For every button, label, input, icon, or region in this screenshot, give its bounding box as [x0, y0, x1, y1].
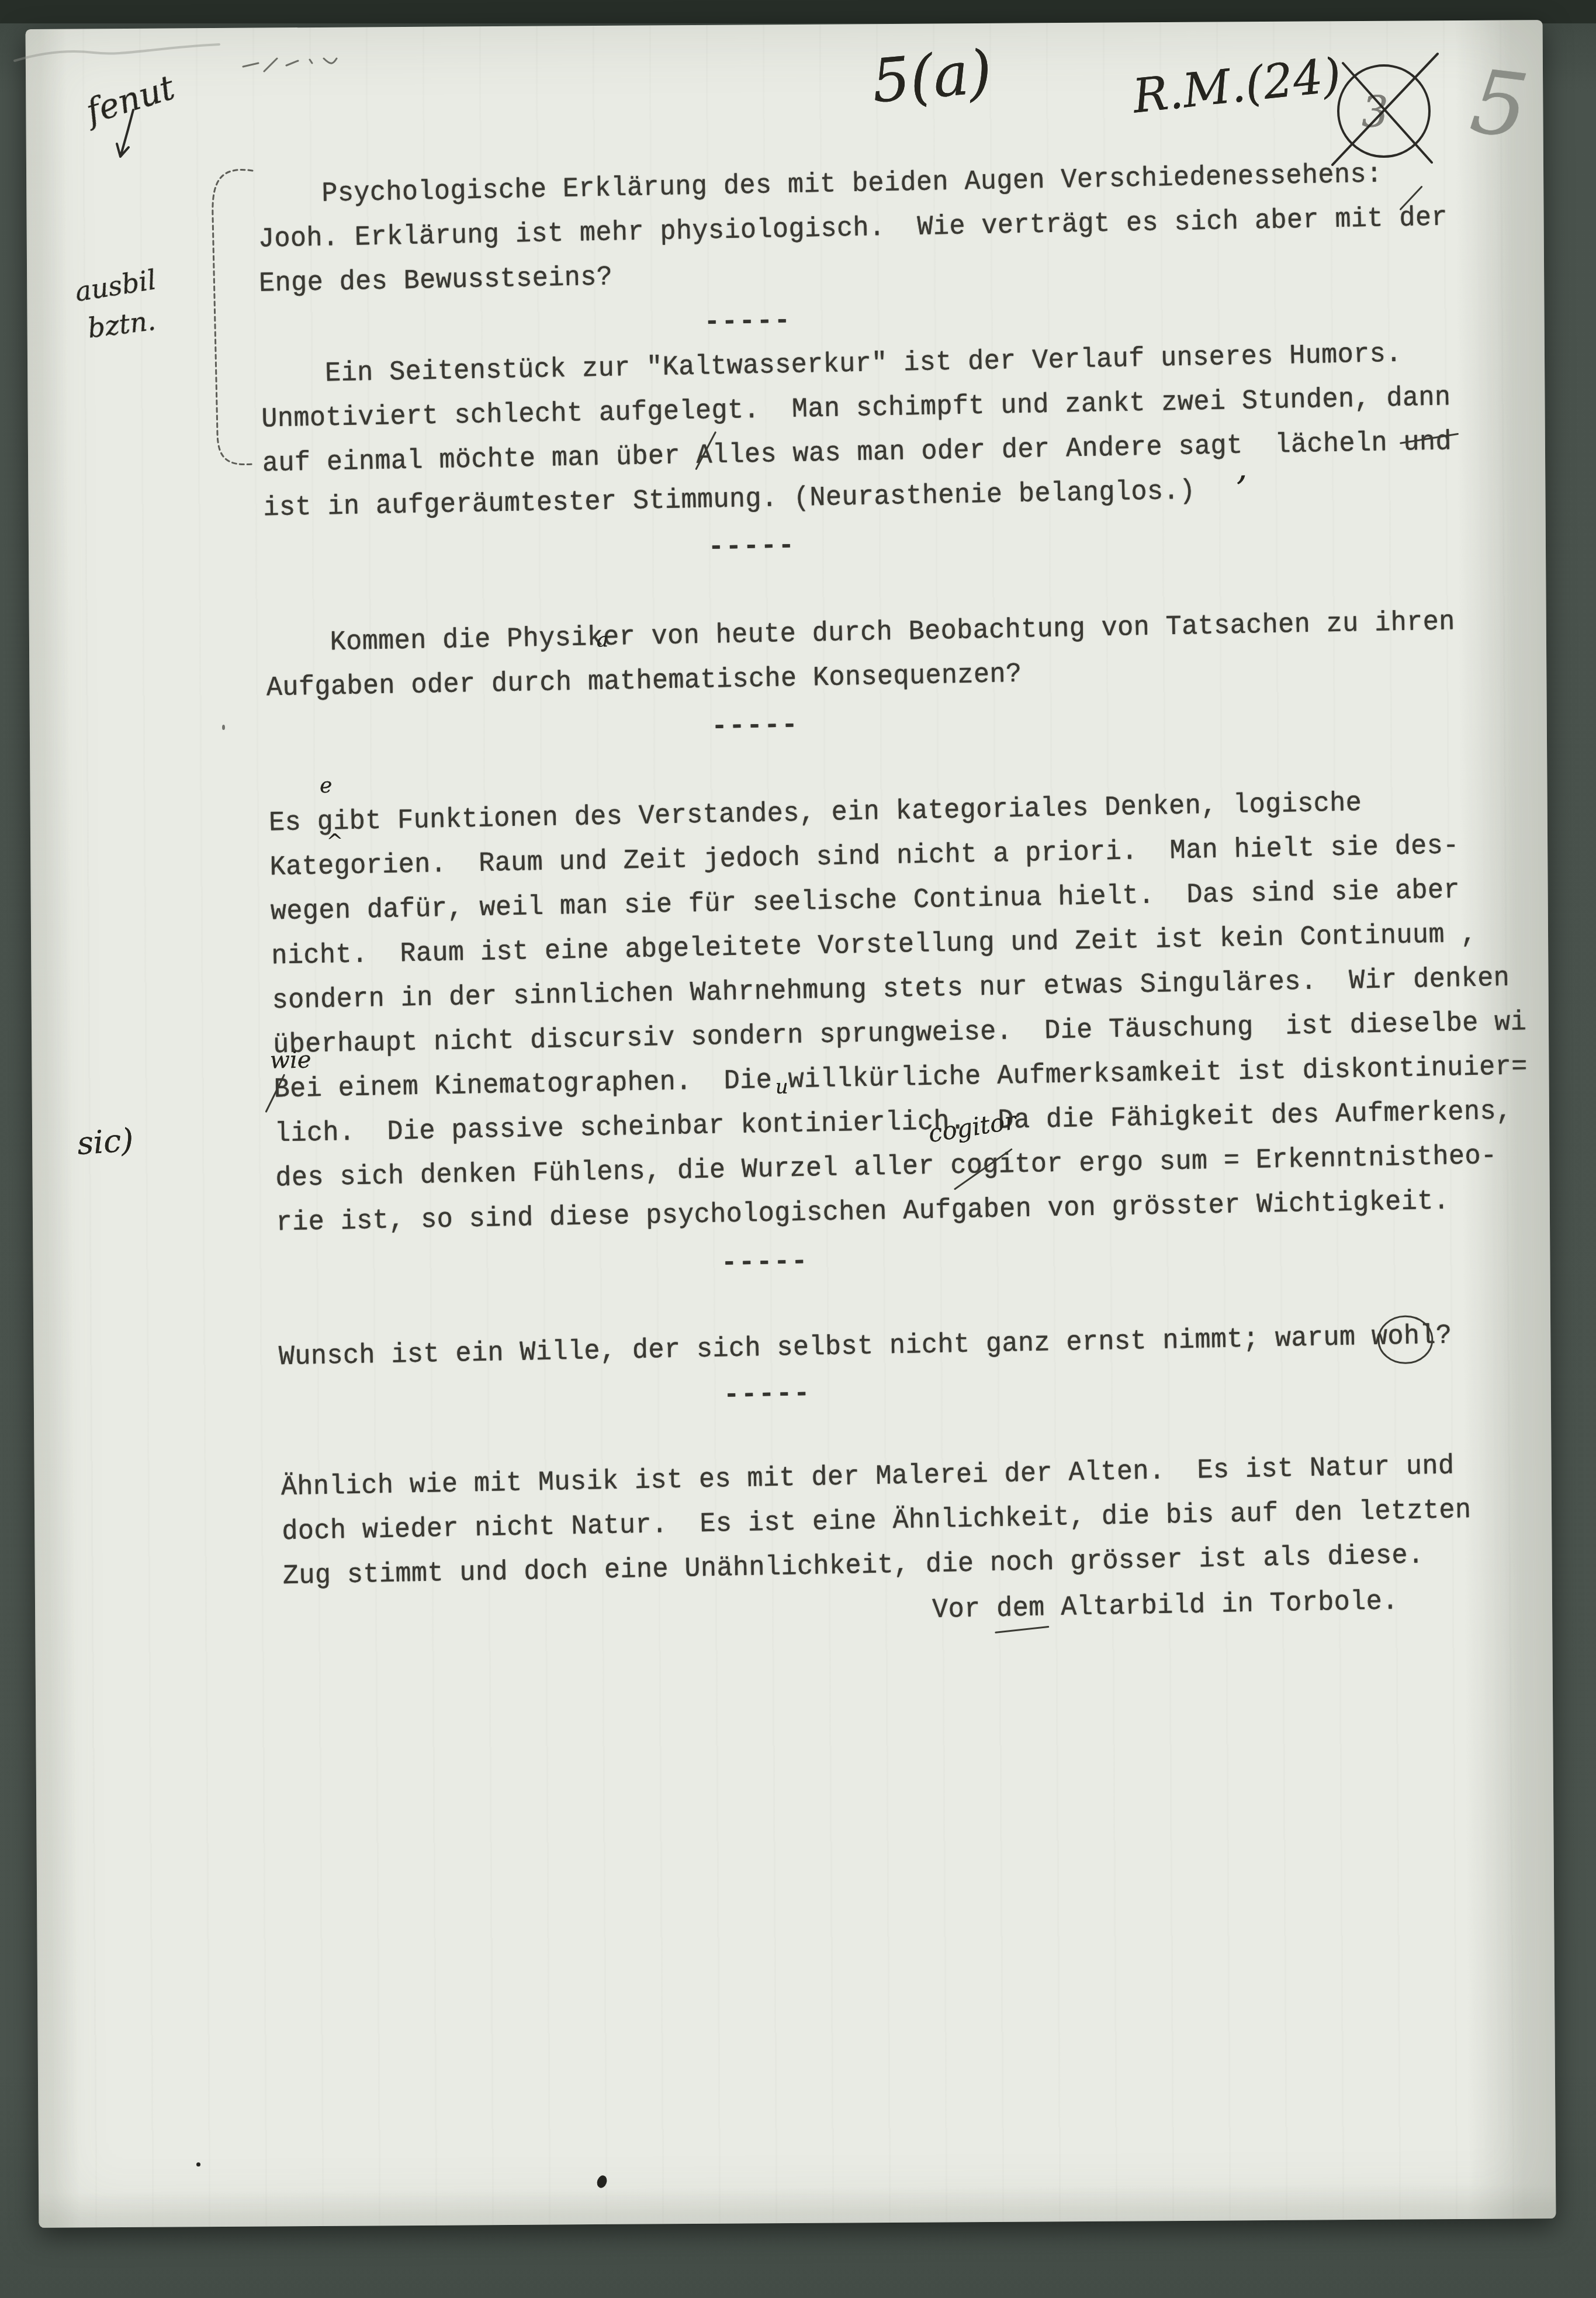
- typed-text-block: Psychologische Erklärung des mit beiden …: [257, 151, 1596, 1695]
- ink-speck: [222, 725, 225, 730]
- scanned-typescript-page: fenut ausbil bztn. 5(a) R.M.(24) 3 5 sic…: [0, 0, 1596, 2298]
- crossed-number: 3: [1362, 88, 1389, 137]
- scan-background-strip: [0, 0, 1596, 23]
- shelfmark-5a: 5(a): [869, 37, 995, 116]
- cutoff-ink-marks-top: [238, 50, 361, 91]
- margin-bracket: [193, 165, 257, 475]
- sic-note: sic): [76, 1122, 134, 1162]
- ink-speck: [196, 2162, 200, 2167]
- down-arrow-mark: [92, 106, 157, 171]
- correction-strokes: [257, 151, 1596, 1695]
- faint-pencil-marks-top-left: [12, 36, 222, 77]
